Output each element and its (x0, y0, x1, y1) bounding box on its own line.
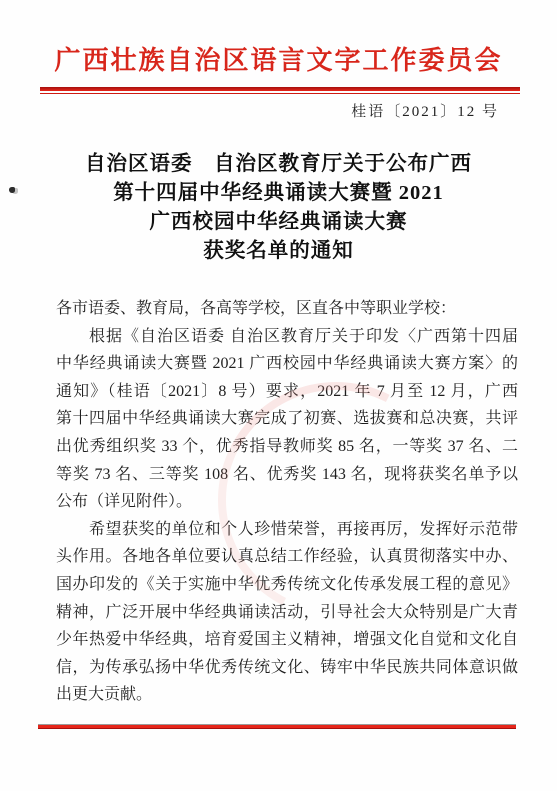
scan-speck-artifact (9, 187, 15, 193)
document-title-line: 自治区语委 自治区教育厅关于公布广西 (30, 150, 527, 179)
paragraph-1-line: 第十四届中华经典诵读大赛完成了初赛、选拔赛和总决赛，共评 (56, 405, 518, 433)
paragraph-1-line: 等奖 73 名、三等奖 108 名、优秀奖 143 名，现将获奖名单予以 (56, 461, 518, 489)
paragraph-1-line: 根据《自治区语委 自治区教育厅关于印发〈广西第十四届 (56, 323, 518, 351)
paragraph-2-line: 少年热爱中华经典，培育爱国主义精神，增强文化自觉和文化自 (56, 626, 518, 654)
paragraph-2-line: 信，为传承弘扬中华优秀传统文化、铸牢中华民族共同体意识做 (56, 654, 518, 682)
footer-red-rule (38, 724, 516, 729)
document-page: 广西壮族自治区语言文字工作委员会 桂语〔2021〕12 号 自治区语委 自治区教… (0, 0, 557, 791)
issuing-org-name: 广西壮族自治区语言文字工作委员会 (0, 44, 557, 78)
document-title: 自治区语委 自治区教育厅关于公布广西 第十四届中华经典诵读大赛暨 2021 广西… (30, 150, 527, 266)
paragraph-1-line: 公布（详见附件）。 (56, 488, 518, 516)
header-red-rule-thick (40, 87, 520, 91)
paragraph-2-line: 希望获奖的单位和个人珍惜荣誉，再接再厉，发挥好示范带 (56, 516, 518, 544)
salutation-line: 各市语委、教育局，各高等学校，区直各中等职业学校： (56, 295, 518, 323)
header-red-rule-thin (40, 93, 520, 95)
paragraph-1-line: 中华经典诵读大赛暨 2021 广西校园中华经典诵读大赛方案〉的 (56, 350, 518, 378)
document-title-line: 广西校园中华经典诵读大赛 (30, 208, 527, 237)
paragraph-2-line: 精神，广泛开展中华经典诵读活动，引导社会大众特别是广大青 (56, 599, 518, 627)
paragraph-1-line: 出优秀组织奖 33 个，优秀指导教师奖 85 名，一等奖 37 名、二 (56, 433, 518, 461)
paragraph-1-line: 通知》（桂语〔2021〕8 号）要求，2021 年 7 月至 12 月，广西 (56, 378, 518, 406)
document-title-line: 第十四届中华经典诵读大赛暨 2021 (30, 179, 527, 208)
paragraph-2-line: 头作用。各地各单位要认真总结工作经验，认真贯彻落实中办、 (56, 543, 518, 571)
document-title-line: 获奖名单的通知 (30, 237, 527, 266)
paragraph-2-line: 国办印发的《关于实施中华优秀传统文化传承发展工程的意见》 (56, 571, 518, 599)
paragraph-2-line: 出更大贡献。 (56, 681, 518, 709)
header-red-rule (40, 87, 520, 94)
document-number: 桂语〔2021〕12 号 (0, 100, 499, 121)
document-body: 各市语委、教育局，各高等学校，区直各中等职业学校： 根据《自治区语委 自治区教育… (56, 295, 518, 709)
